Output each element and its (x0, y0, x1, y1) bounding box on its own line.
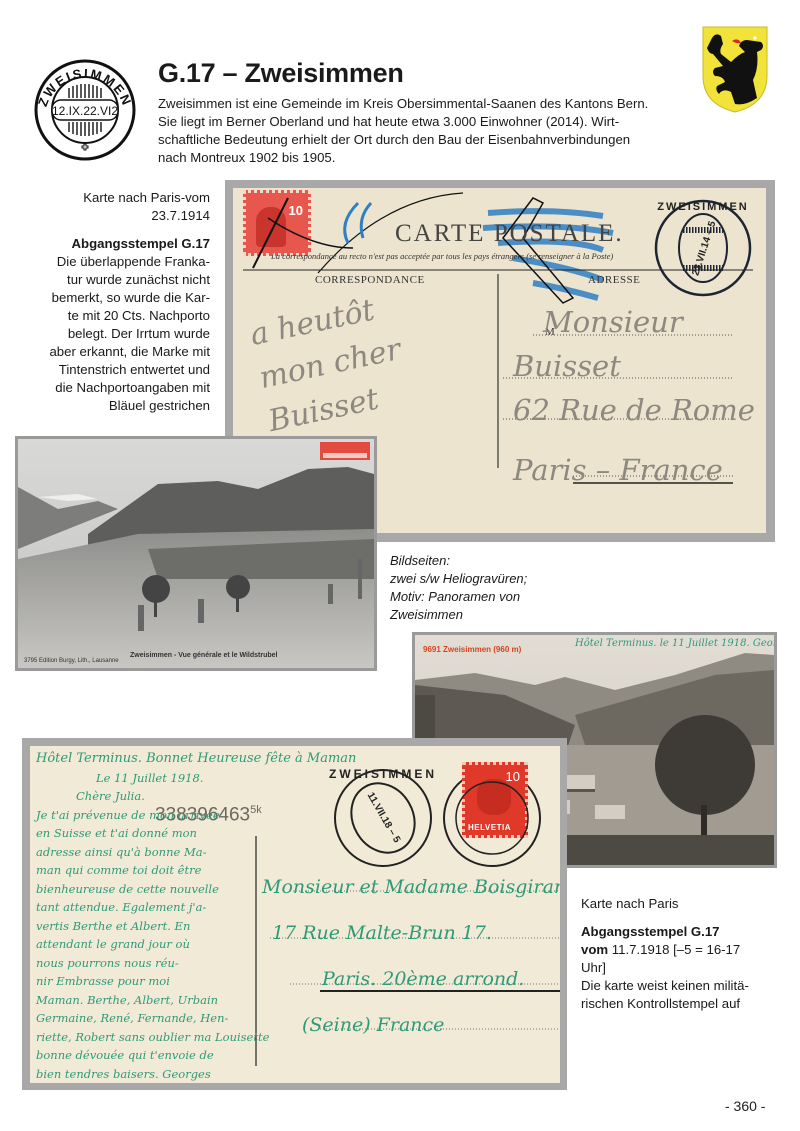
pencil-address: Monsieur Buisset 62 Rue de Rome Paris – … (513, 300, 755, 492)
intro-text: Zweisimmen ist eine Gemeinde im Kreis Ob… (158, 95, 658, 167)
page-number: - 360 - (725, 1098, 765, 1114)
svg-text:12.IX.22.VI2: 12.IX.22.VI2 (52, 104, 118, 118)
postcard-1918-address-side: 11.VII.18 – 5 ZWEISIMMEN 10 HELVETIA 338… (30, 746, 560, 1083)
carte-postale-heading: CARTE POSTALE. (395, 220, 624, 248)
correspondance-label: CORRESPONDANCE (315, 274, 425, 286)
pictures-note: Bildseiten: zwei s/w Heliogravüren; Moti… (390, 552, 580, 624)
note-card-1918: Karte nach Paris Abgangsstempel G.17 vom… (581, 895, 781, 1013)
zweisimmen-postmark-icon: ZWEISIMMEN 12.IX.22.VI2 (33, 58, 137, 162)
adresse-label: ADRESSE (588, 274, 640, 286)
note-card-1914: Karte nach Paris-vom 23.7.1914 Abgangsst… (30, 189, 210, 415)
landscape-image (18, 439, 374, 668)
photo-1-publisher: 3795 Edition Burgy, Lith., Lausanne (24, 658, 119, 664)
svg-text:11.VII.18 – 5: 11.VII.18 – 5 (365, 791, 403, 846)
bear-coat-of-arms-icon (700, 24, 770, 114)
photo-2-caption: 9691 Zweisimmen (960 m) (423, 645, 521, 654)
green-ink-message: Hôtel Terminus. Bonnet Heureuse fête à M… (36, 750, 266, 1083)
photo-panorama-wildstrubel: Zweisimmen - Vue générale et le Wildstru… (18, 439, 374, 668)
fine-print: La correspondance au recto n'est pas acc… (271, 251, 613, 261)
note-heading: Abgangsstempel G.17 (71, 236, 210, 251)
svg-text:ZWEISIMMEN: ZWEISIMMEN (657, 201, 749, 213)
photo-1-caption: Zweisimmen - Vue générale et le Wildstru… (130, 652, 278, 659)
photo-2-handwriting: Hôtel Terminus. le 11 Juillet 1918. Geor… (575, 638, 774, 649)
svg-text:ZWEISIMMEN: ZWEISIMMEN (329, 767, 437, 781)
page-title: G.17 – Zweisimmen (158, 58, 404, 89)
green-ink-address: Monsieur et Madame Boisgirard 17 Rue Mal… (262, 864, 560, 1048)
stamp-helvetia-tell-10: 10 HELVETIA (462, 762, 528, 838)
note-heading: Abgangsstempel G.17 (581, 924, 720, 939)
